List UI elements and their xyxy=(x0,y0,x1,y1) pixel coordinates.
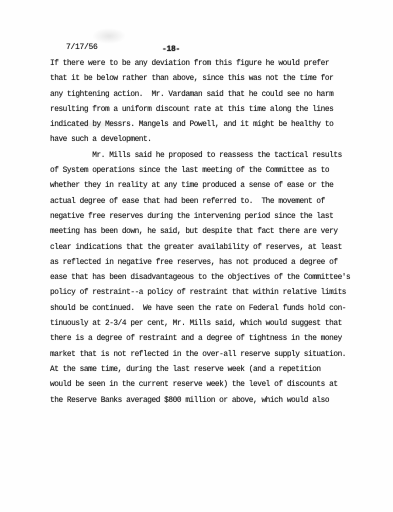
text-line: clear indications that the greater avail… xyxy=(50,241,366,256)
body-text: If there were to be any deviation from t… xyxy=(50,57,366,409)
text-line: policy of restraint--a policy of restrai… xyxy=(50,286,366,301)
text-line: there is a degree of restraint and a deg… xyxy=(50,332,366,347)
text-line: Mr. Mills said he proposed to reassess t… xyxy=(50,149,366,164)
text-line: the Reserve Banks averaged $800 million … xyxy=(50,394,366,409)
text-line: If there were to be any deviation from t… xyxy=(50,57,366,72)
text-line: At the same time, during the last reserv… xyxy=(50,363,366,378)
text-line: should be continued. We have seen the ra… xyxy=(50,302,366,317)
text-line: of System operations since the last meet… xyxy=(50,164,366,179)
text-line: would be seen in the current reserve wee… xyxy=(50,378,366,393)
page-header: 7/17/56 -18- xyxy=(0,43,393,57)
page-number: -18- xyxy=(162,45,180,54)
text-line: whether they in reality at any time prod… xyxy=(50,179,366,194)
text-line: that it be below rather than above, sinc… xyxy=(50,72,366,87)
text-line: have such a development. xyxy=(50,133,366,148)
text-line: actual degree of ease that had been refe… xyxy=(50,195,366,210)
text-line: meeting has been down, he said, but desp… xyxy=(50,225,366,240)
document-date: 7/17/56 xyxy=(66,43,98,52)
text-line: market that is not reflected in the over… xyxy=(50,348,366,363)
text-line: negative free reserves during the interv… xyxy=(50,210,366,225)
document-page: 7/17/56 -18- If there were to be any dev… xyxy=(0,0,393,512)
text-line: resulting from a uniform discount rate a… xyxy=(50,103,366,118)
text-line: ease that has been disadvantageous to th… xyxy=(50,271,366,286)
text-line: indicated by Messrs. Mangels and Powell,… xyxy=(50,118,366,133)
text-line: any tightening action. Mr. Vardaman said… xyxy=(50,88,366,103)
text-line: as reflected in negative free reserves, … xyxy=(50,256,366,271)
text-line: tinuously at 2-3/4 per cent, Mr. Mills s… xyxy=(50,317,366,332)
scan-smudge xyxy=(92,28,126,44)
